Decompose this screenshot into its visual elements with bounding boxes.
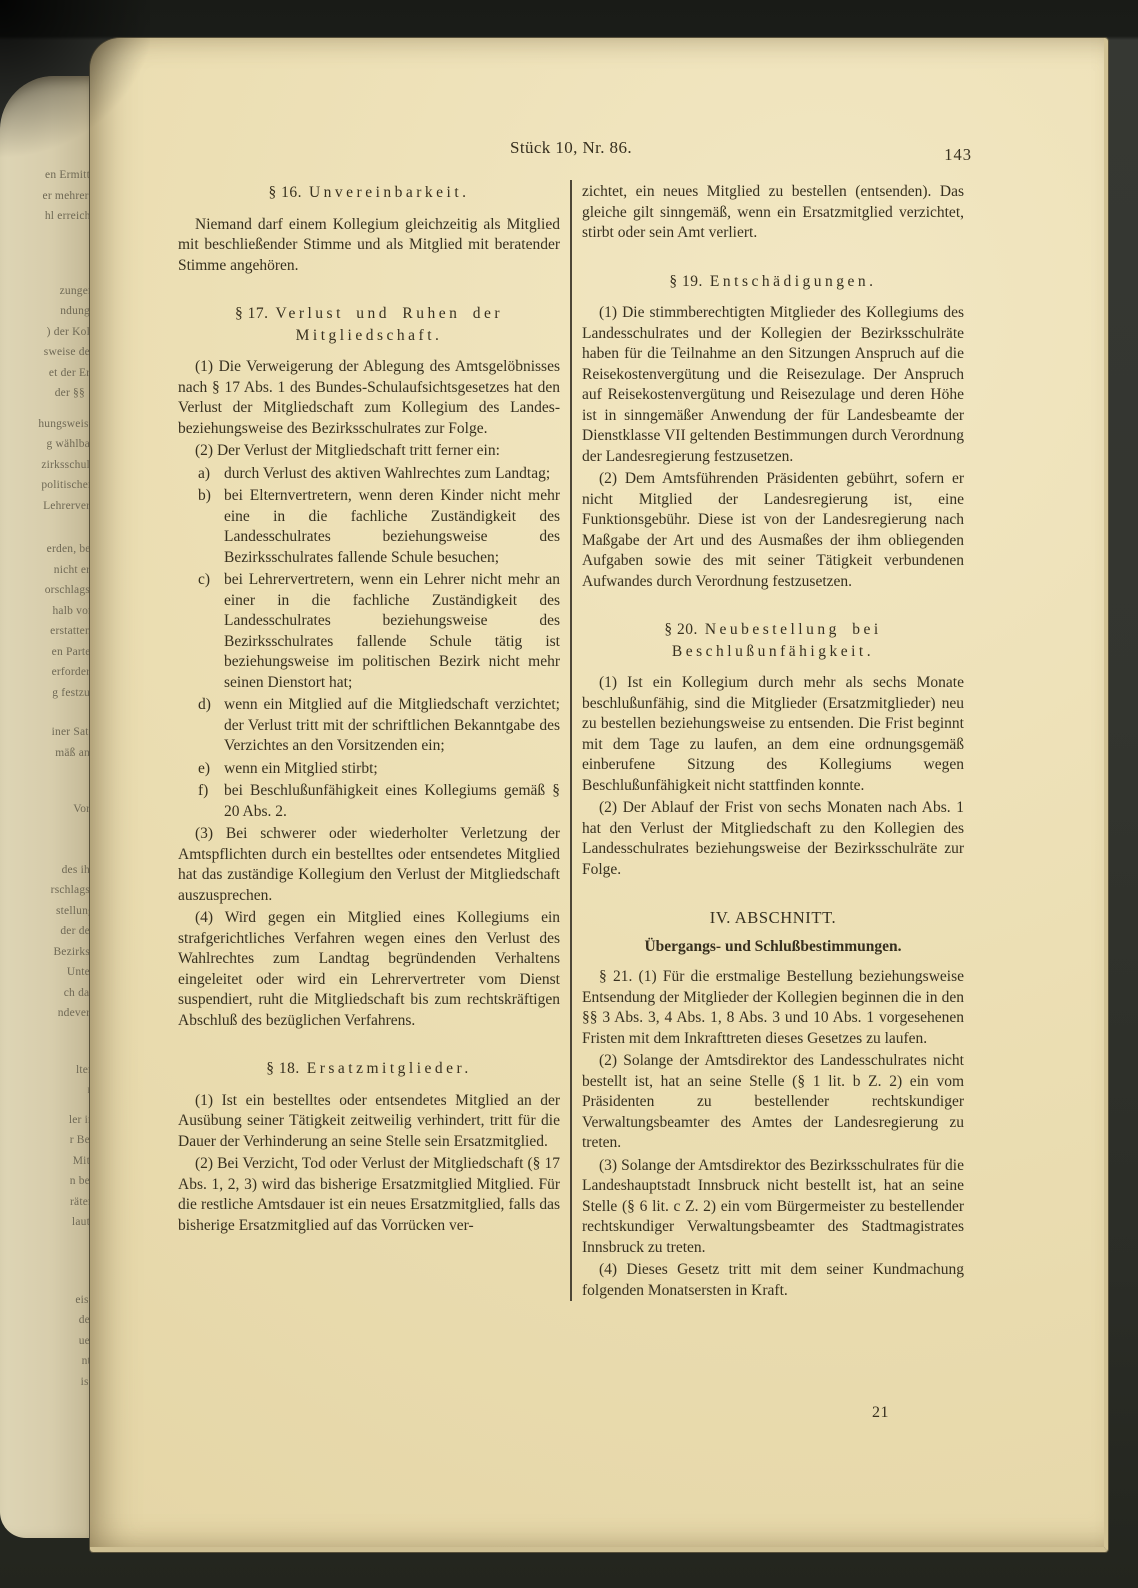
paragraph-sign: § 18. [266, 1060, 300, 1077]
list-item-label: a) [198, 464, 210, 485]
paragraph: (1) Ist ein bestelltes oder entsendetes … [178, 1091, 560, 1153]
issue-title: Stück 10, Nr. 86. [510, 138, 632, 157]
list-item-text: wenn ein Mitglied stirbt; [224, 760, 378, 777]
paragraph-sign: § 17. [235, 305, 269, 322]
section-title: IV. ABSCHNITT. [582, 908, 964, 929]
heading-text: Ersatzmitglieder. [307, 1060, 472, 1077]
paragraph: zichtet, ein neues Mitglied zu bestellen… [582, 182, 964, 244]
paragraph: (4) Dieses Gesetz tritt mit dem seiner K… [582, 1260, 964, 1301]
section-heading: § 19.Entschädigungen. [586, 271, 960, 293]
spine-text-fragment: hungsweise g wählbar zirksschul- politis… [0, 414, 94, 517]
section-heading: § 17.Verlust und Ruhen der Mitgliedschaf… [182, 303, 556, 346]
heading-text: Neubestellung bei Beschlußunfähigkeit. [672, 621, 882, 660]
spine-text-fragment: Vor- [0, 799, 94, 820]
list-item: d)wenn ein Mitglied auf die Mitgliedscha… [178, 695, 560, 757]
spine-text-fragment: ler in r Be- Mit- n be- räten laut- [0, 1110, 94, 1233]
list-item-label: b) [198, 486, 211, 507]
spine-text-fragment: zungen ndung) ) der Kol- sweise der et d… [0, 281, 94, 404]
list-item: e)wenn ein Mitglied stirbt; [178, 759, 560, 780]
paragraph-sign: § 20. [664, 621, 698, 638]
paragraph: § 21. (1) Für die erstmalige Bestellung … [582, 967, 964, 1049]
paragraph: (3) Bei schwerer oder wiederholter Verle… [178, 824, 560, 906]
section-subtitle: Übergangs- und Schlußbestimmungen. [582, 937, 964, 958]
paragraph: Niemand darf einem Kollegium gleichzeiti… [178, 215, 560, 277]
paragraph: (2) Der Verlust der Mitgliedschaft tritt… [178, 441, 560, 462]
paragraph: (3) Solange der Amtsdirektor des Bezirks… [582, 1156, 964, 1259]
spine-text-fragments: en Ermitt- er mehrere hl erreichtzungen … [0, 76, 94, 1392]
paragraph: (1) Die Verweigerung der Ablegung des Am… [178, 357, 560, 439]
heading-text: Entschädigungen. [710, 273, 877, 290]
spine-text-fragment: iner Satz mäß an- [0, 722, 94, 763]
left-column: § 16.Unvereinbarkeit.Niemand darf einem … [178, 180, 560, 1301]
section-heading: § 20.Neubestellung bei Beschlußunfähigke… [586, 619, 960, 662]
right-column: zichtet, ein neues Mitglied zu bestellen… [582, 180, 964, 1301]
list-item: a)durch Verlust des aktiven Wahlrechtes … [178, 464, 560, 485]
page-content: Stück 10, Nr. 86. 143 § 16.Unvereinbarke… [178, 138, 964, 1301]
heading-text: Verlust und Ruhen der Mitgliedschaft. [275, 305, 503, 344]
spine-text-fragment: lten r. [0, 1060, 94, 1101]
list-item: c)bei Lehrervertretern, wenn ein Lehrer … [178, 570, 560, 693]
page-number: 143 [944, 145, 972, 165]
spine-text-fragment: eise der uer nt, ise [0, 1290, 94, 1393]
paragraph: (1) Ist ein Kollegium durch mehr als sec… [582, 673, 964, 796]
list-item-label: d) [198, 695, 211, 716]
spine-text-fragment: erden, bei nicht er- orschlags- halb von… [0, 539, 94, 703]
paragraph: (1) Die stimmberechtigten Mitglieder des… [582, 303, 964, 467]
section-heading: § 18.Ersatzmitglieder. [182, 1058, 556, 1080]
spine-text-fragment: en Ermitt- er mehrere hl erreicht [0, 165, 94, 227]
list-item-text: bei Beschlußunfähigkeit eines Kollegiums… [224, 782, 560, 820]
paragraph-sign: § 19. [669, 273, 703, 290]
paragraph: (2) Solange der Amtsdirektor des Landess… [582, 1051, 964, 1154]
list-item: f)bei Beschlußunfähigkeit eines Kollegiu… [178, 781, 560, 822]
list-item-text: wenn ein Mitglied auf die Mitgliedschaft… [224, 696, 560, 754]
section-heading: § 16.Unvereinbarkeit. [182, 182, 556, 204]
list-item-text: bei Lehrervertretern, wenn ein Lehrer ni… [224, 571, 560, 691]
sheet-signature: 21 [872, 1404, 889, 1422]
list-item-label: c) [198, 570, 210, 591]
paragraph: (2) Dem Amtsführenden Präsidenten gebühr… [582, 469, 964, 592]
list-item-label: e) [198, 759, 210, 780]
list-item: b)bei Elternvertretern, wenn deren Kinde… [178, 486, 560, 568]
list-item-text: durch Verlust des aktiven Wahlrechtes zu… [224, 465, 550, 482]
text-block: § 16.Unvereinbarkeit.Niemand darf einem … [178, 180, 964, 1301]
paragraph: (4) Wird gegen ein Mitglied eines Kolleg… [178, 908, 560, 1031]
heading-text: Unvereinbarkeit. [309, 184, 470, 201]
list-item-text: bei Elternvertretern, wenn deren Kinder … [224, 487, 560, 566]
issue-header: Stück 10, Nr. 86. 143 [178, 138, 964, 162]
document-page: Stück 10, Nr. 86. 143 § 16.Unvereinbarke… [90, 38, 1108, 1552]
paragraph-sign: § 16. [268, 184, 302, 201]
book-photo: en Ermitt- er mehrere hl erreichtzungen … [0, 0, 1138, 1588]
list-item-label: f) [198, 781, 208, 802]
spine-text-fragment: des ihr rschlags- stellung der der Bezir… [0, 860, 94, 1024]
previous-page-edge: en Ermitt- er mehrere hl erreichtzungen … [0, 76, 104, 1538]
column-divider [560, 180, 582, 1301]
paragraph: (2) Der Ablauf der Frist von sechs Monat… [582, 798, 964, 880]
paragraph: (2) Bei Verzicht, Tod oder Verlust der M… [178, 1154, 560, 1236]
